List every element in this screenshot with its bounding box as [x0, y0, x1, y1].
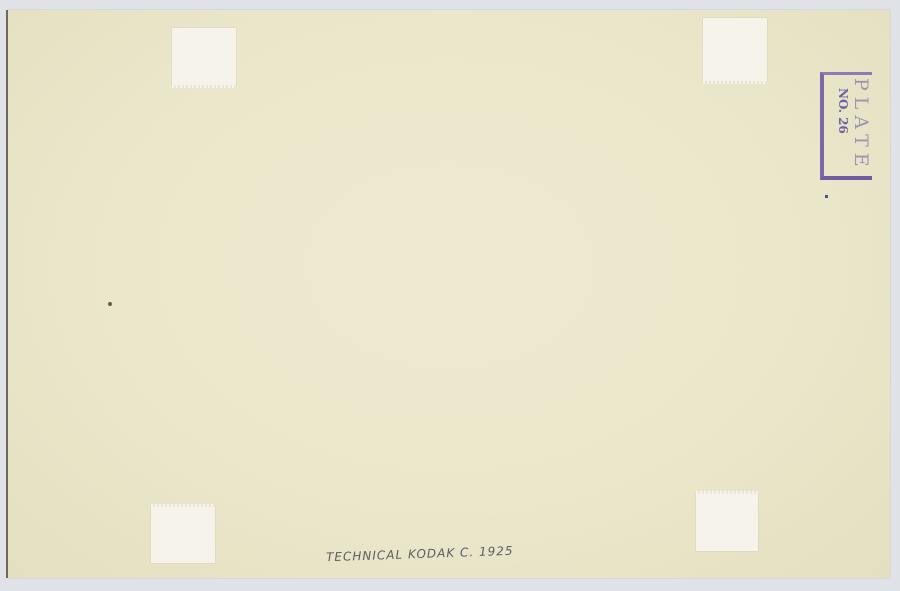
tape-bottom-right	[696, 493, 758, 551]
plate-stamp-title: PLATE	[850, 78, 872, 173]
tape-top-left	[172, 28, 236, 86]
tape-top-right	[703, 18, 767, 82]
ink-dot	[825, 195, 828, 198]
tape-bottom-left	[151, 506, 215, 563]
plate-stamp-number: NO. 26	[836, 88, 850, 134]
stain-speck	[108, 302, 112, 306]
